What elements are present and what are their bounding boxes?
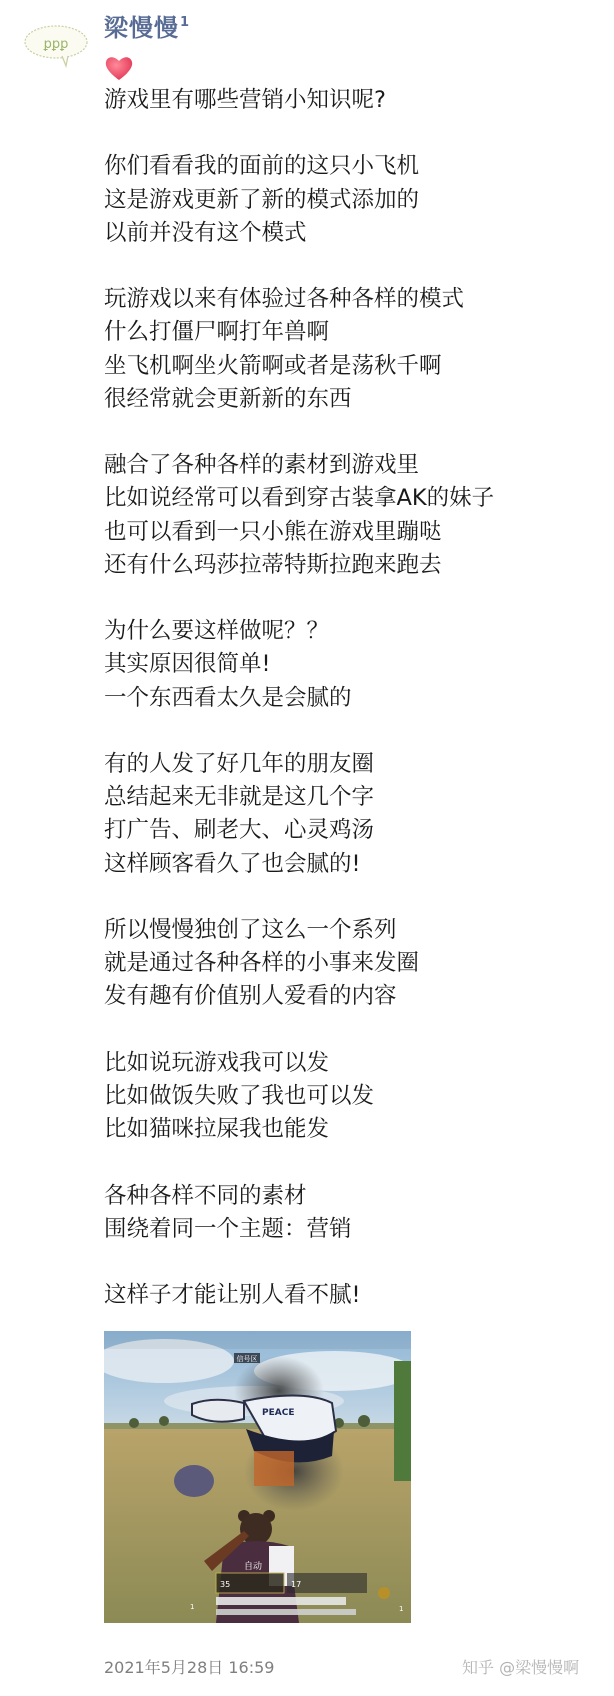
text-line: 你们看看我的面前的这只小飞机 [104,150,604,183]
zhihu-watermark: 知乎 @梁慢慢啊 [462,1655,579,1678]
paragraph: 为什么要这样做呢？？ 其实原因很简单! 一个东西看太久是会腻的 [104,615,604,715]
text-line: 以前并没有这个模式 [104,217,604,250]
text-line: 发有趣有价值别人爱看的内容 [104,980,604,1013]
text-line: 很经常就会更新新的东西 [104,383,604,416]
text-line: 所以慢慢独创了这么一个系列 [104,914,604,947]
paragraph: 所以慢慢独创了这么一个系列 就是通过各种各样的小事来发圈 发有趣有价值别人爱看的… [104,914,604,1014]
text-line: 其实原因很简单! [104,648,604,681]
author-name[interactable]: 梁慢慢1 [104,8,190,43]
text-line: 比如猫咪拉屎我也能发 [104,1113,604,1146]
game-screenshot-image: PEACE 信号区 自动 35 17 1 1 [104,1331,411,1623]
text-line: 为什么要这样做呢？？ [104,615,604,648]
paragraph: 游戏里有哪些营销小知识呢? [104,84,604,117]
svg-text:35: 35 [220,1580,230,1589]
paragraph: 融合了各种各样的素材到游戏里 比如说经常可以看到穿古装拿AK的妹子 也可以看到一… [104,449,604,582]
text-line: 游戏里有哪些营销小知识呢? [104,84,604,117]
text-line: 就是通过各种各样的小事来发圈 [104,947,604,980]
paragraph: 你们看看我的面前的这只小飞机 这是游戏更新了新的模式添加的 以前并没有这个模式 [104,150,604,250]
svg-text:17: 17 [291,1580,301,1589]
text-line: 这是游戏更新了新的模式添加的 [104,184,604,217]
svg-text:ꝑꝑꝑ: ꝑꝑꝑ [43,37,69,52]
post-timestamp: 2021年5月28日 16:59 [104,1655,274,1678]
text-line: 围绕着同一个主题：营销 [104,1213,604,1246]
author-badge: 1 [180,15,190,30]
paragraph: 玩游戏以来有体验过各种各样的模式 什么打僵尸啊打年兽啊 坐飞机啊坐火箭啊或者是荡… [104,283,604,416]
paragraph: 各种各样不同的素材 围绕着同一个主题：营销 [104,1180,604,1246]
text-line: 这样子才能让别人看不腻! [104,1279,604,1312]
text-line: 还有什么玛莎拉蒂特斯拉跑来跑去 [104,549,604,582]
text-line: 比如说经常可以看到穿古装拿AK的妹子 [104,482,604,515]
svg-text:1: 1 [399,1605,403,1613]
text-line: 总结起来无非就是这几个字 [104,781,604,814]
heart-icon [104,54,134,82]
svg-text:1: 1 [190,1603,194,1611]
text-line: 比如说玩游戏我可以发 [104,1047,604,1080]
svg-text:信号区: 信号区 [237,1354,258,1363]
text-line: 玩游戏以来有体验过各种各样的模式 [104,283,604,316]
text-line: 各种各样不同的素材 [104,1180,604,1213]
text-line: 也可以看到一只小熊在游戏里蹦哒 [104,516,604,549]
text-line: 融合了各种各样的素材到游戏里 [104,449,604,482]
text-line: 这样顾客看久了也会腻的! [104,848,604,881]
text-line: 一个东西看太久是会腻的 [104,682,604,715]
paragraph: 有的人发了好几年的朋友圈 总结起来无非就是这几个字 打广告、刷老大、心灵鸡汤 这… [104,748,604,881]
post-image[interactable]: PEACE 信号区 自动 35 17 1 1 [104,1331,411,1623]
avatar[interactable]: ꝑꝑꝑ [22,22,92,70]
text-line: 打广告、刷老大、心灵鸡汤 [104,814,604,847]
speech-bubble-avatar-icon: ꝑꝑꝑ [22,22,92,70]
post-body: 游戏里有哪些营销小知识呢? 你们看看我的面前的这只小飞机 这是游戏更新了新的模式… [104,84,604,1346]
text-line: 有的人发了好几年的朋友圈 [104,748,604,781]
svg-text:自动: 自动 [244,1560,262,1572]
text-line: 坐飞机啊坐火箭啊或者是荡秋千啊 [104,350,604,383]
text-line: 比如做饭失败了我也可以发 [104,1080,604,1113]
svg-text:PEACE: PEACE [262,1408,294,1418]
text-line: 什么打僵尸啊打年兽啊 [104,316,604,349]
paragraph: 比如说玩游戏我可以发 比如做饭失败了我也可以发 比如猫咪拉屎我也能发 [104,1047,604,1147]
paragraph: 这样子才能让别人看不腻! [104,1279,604,1312]
